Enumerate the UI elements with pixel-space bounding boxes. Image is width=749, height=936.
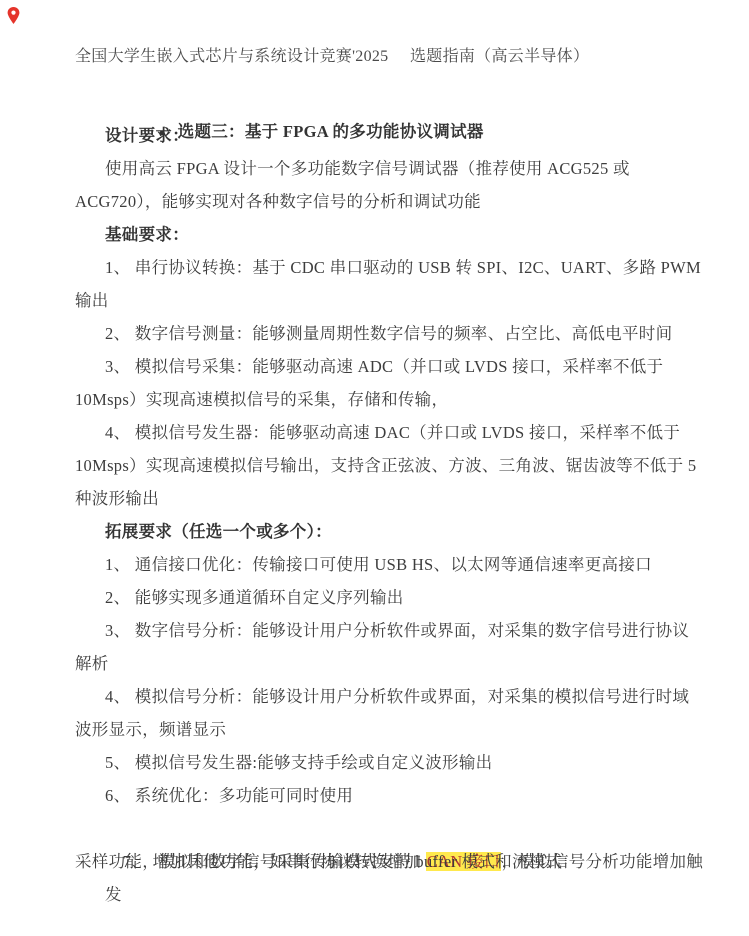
- basic-item1-line2: 输出: [75, 284, 704, 317]
- extended-item3-line1: 3、 数字信号分析：能够设计用户分析软件或界面，对采集的数字信号进行协议: [75, 614, 704, 647]
- extended-item2: 2、 能够实现多通道循环自定义序列输出: [75, 581, 704, 614]
- extended-item5: 5、 模拟信号发生器:能够支持手绘或自定义波形输出: [75, 746, 704, 779]
- design-body-line1: 使用高云 FPGA 设计一个多功能数字信号调试器（推荐使用 ACG525 或: [75, 152, 704, 185]
- document-page: 全国大学生嵌入式芯片与系统设计竞赛'2025 选题指南（高云半导体） ●选题三：…: [0, 0, 749, 936]
- extended-item6: 6、 系统优化：多功能可同时使用: [75, 779, 704, 812]
- red-pin-icon: [7, 7, 20, 24]
- basic-item3-line1: 3、 模拟信号采集：能够驱动高速 ADC（并口或 LVDS 接口，采样率不低于: [75, 350, 704, 383]
- extended-item4-line1: 4、 模拟信号分析：能够设计用户分析软件或界面，对采集的模拟信号进行时域: [75, 680, 704, 713]
- basic-item4-line3: 种波形输出: [75, 482, 704, 515]
- extended-requirements-heading: 拓展要求（任选一个或多个）：: [75, 515, 704, 548]
- basic-item4-line1: 4、 模拟信号发生器：能够驱动高速 DAC（并口或 LVDS 接口，采样率不低于: [75, 416, 704, 449]
- topic-heading-label: 选题三：基于 FPGA 的多功能协议调试器: [178, 122, 484, 141]
- topic-heading: ●选题三：基于 FPGA 的多功能协议调试器: [75, 82, 704, 115]
- extended-item7-line1: 7、 增加其他功能，如串行协议转换增加 CAN 接口，模拟信号分析功能增加触发: [75, 812, 704, 845]
- basic-item3-line2: 10Msps）实现高速模拟信号的采集，存储和传输，: [75, 383, 704, 416]
- basic-item2: 2、 数字信号测量：能够测量周期性数字信号的频率、占空比、高低电平时间: [75, 317, 704, 350]
- extended-item1: 1、 通信接口优化：传输接口可使用 USB HS、以太网等通信速率更高接口: [75, 548, 704, 581]
- basic-item1-line1: 1、 串行协议转换：基于 CDC 串口驱动的 USB 转 SPI、I2C、UAR…: [75, 251, 704, 284]
- basic-item4-line2: 10Msps）实现高速模拟信号输出，支持含正弦波、方波、三角波、锯齿波等不低于 …: [75, 449, 704, 482]
- extended-item4-line2: 波形显示，频谱显示: [75, 713, 704, 746]
- basic-requirements-heading: 基础要求：: [75, 218, 704, 251]
- design-body-line2: ACG720），能够实现对各种数字信号的分析和调试功能: [75, 185, 704, 218]
- extended-item3-line2: 解析: [75, 647, 704, 680]
- page-title: 全国大学生嵌入式芯片与系统设计竞赛'2025 选题指南（高云半导体）: [75, 40, 704, 73]
